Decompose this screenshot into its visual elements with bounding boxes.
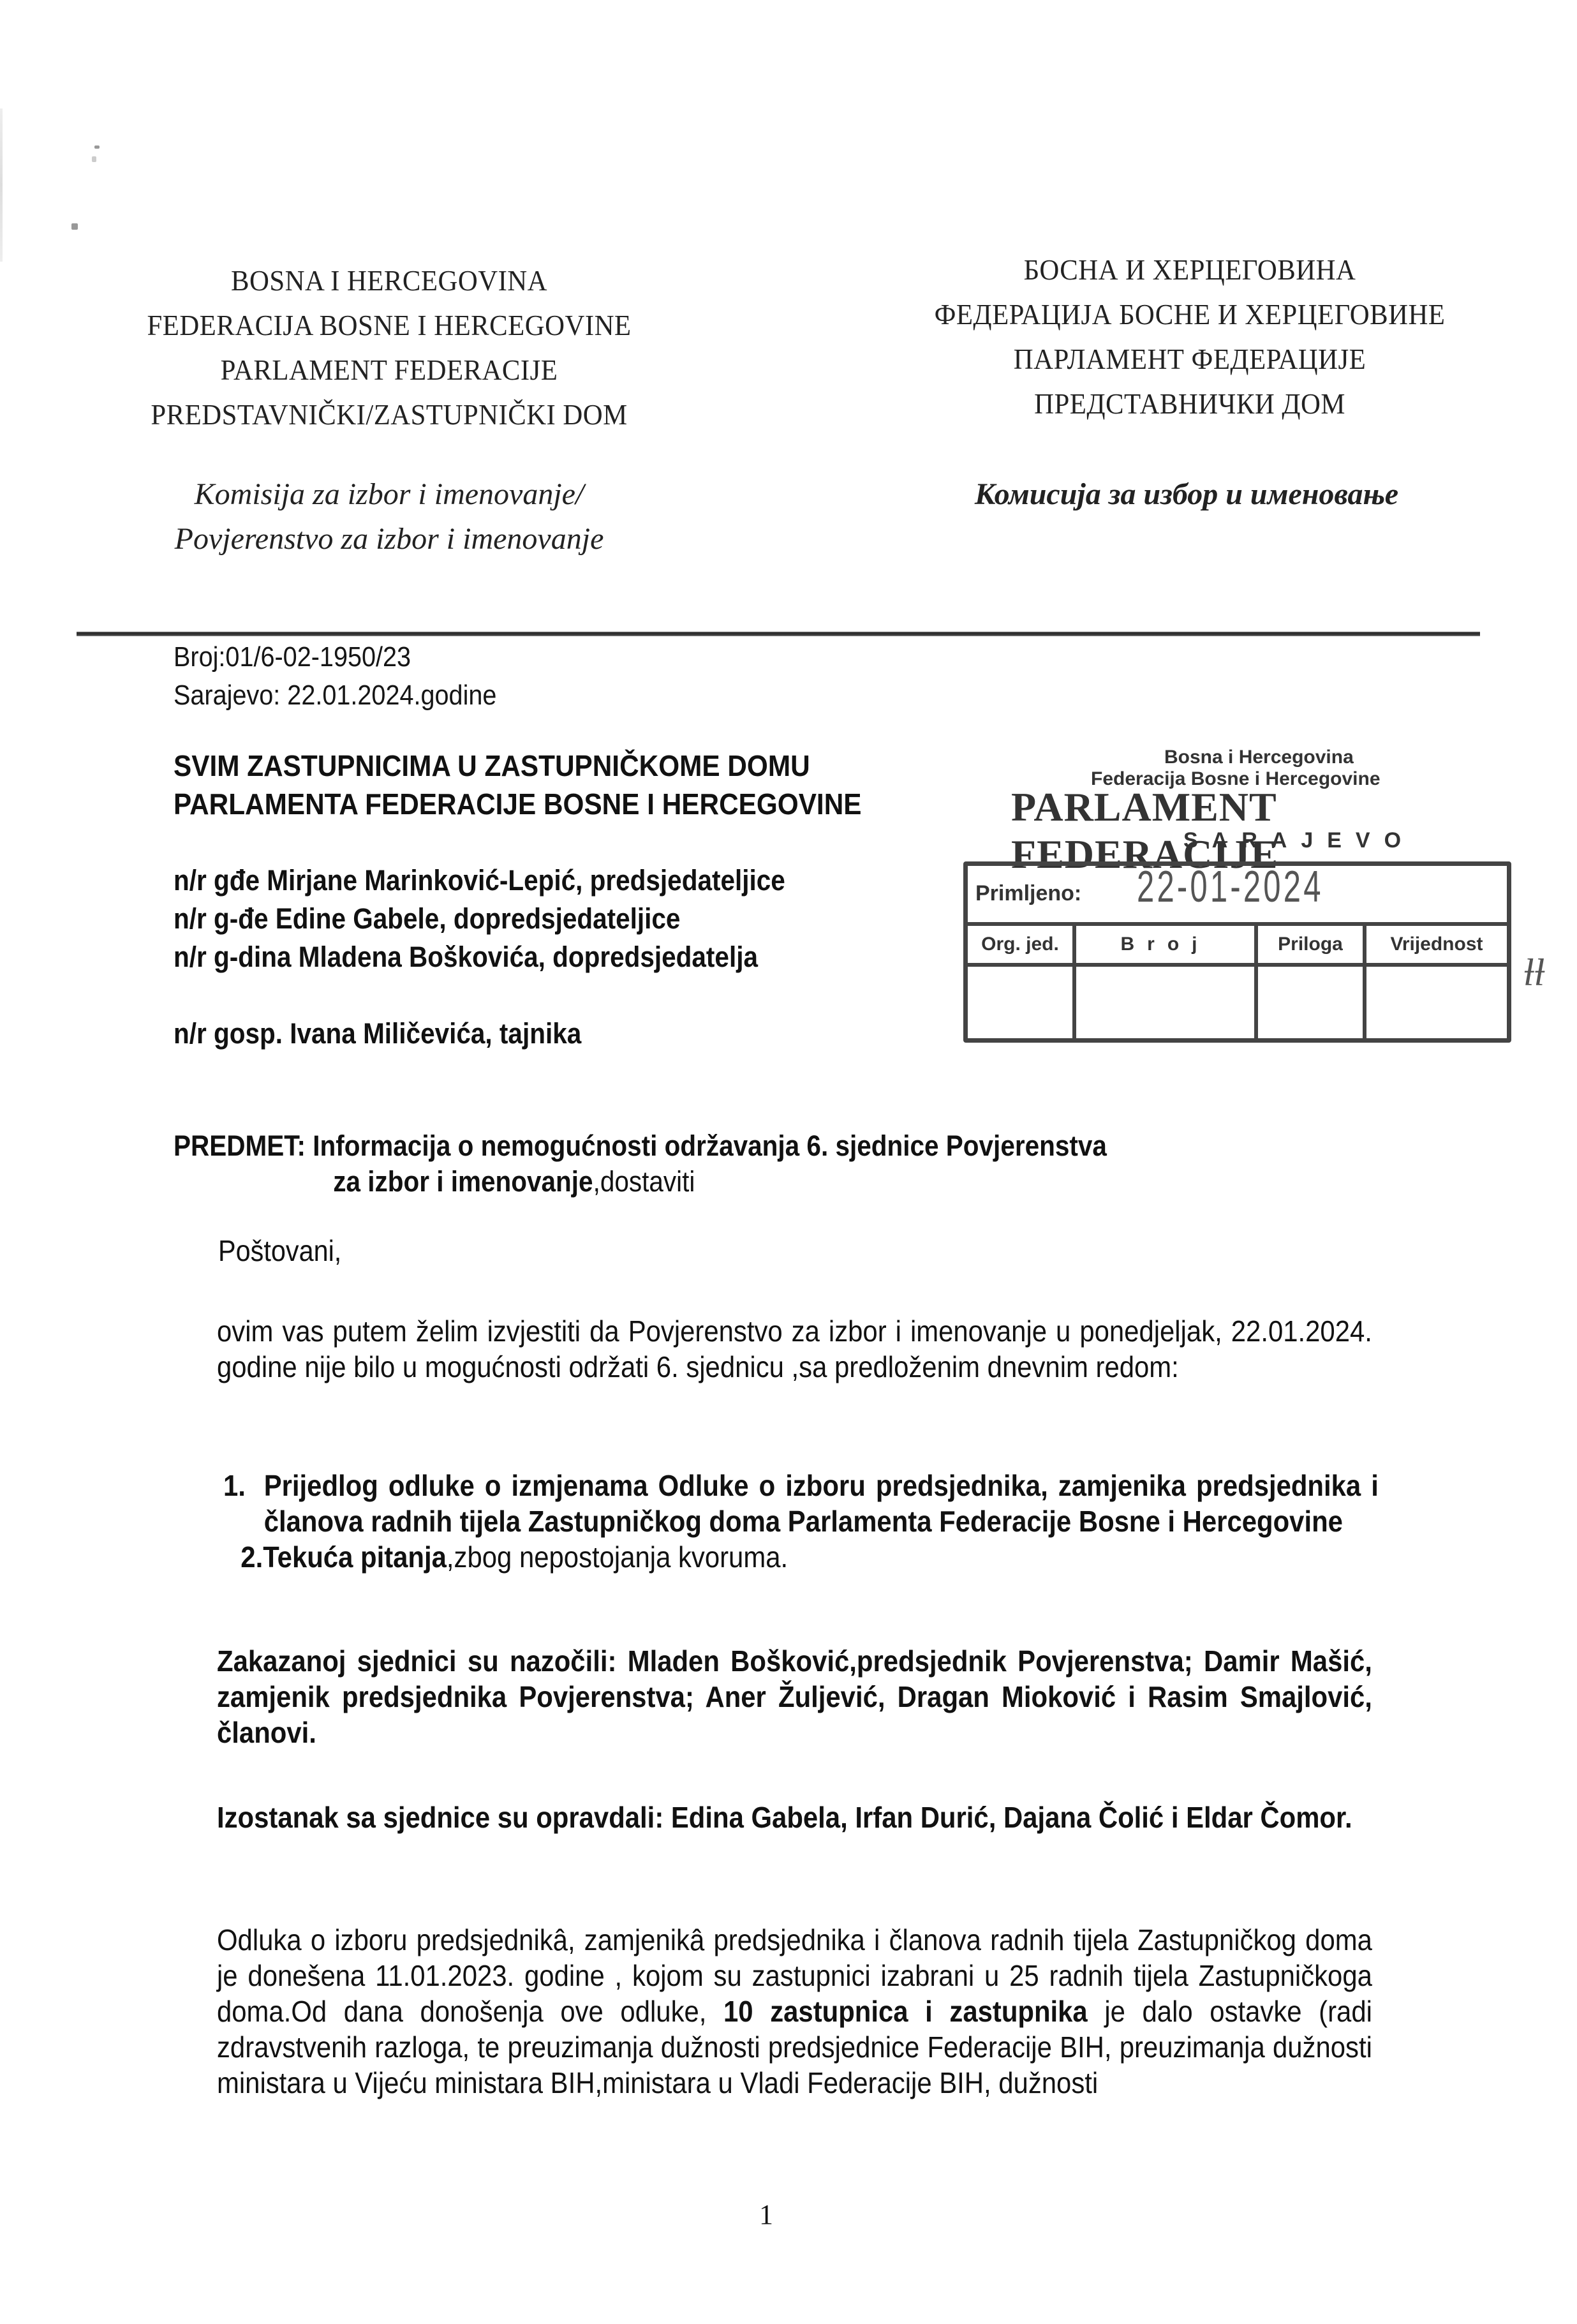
stamp-cell-attachments: Priloga xyxy=(1258,926,1366,1038)
header-cyrillic: БОСНА И ХЕРЦЕГОВИНА ФЕДЕРАЦИЈА БОСНЕ И Х… xyxy=(866,248,1513,426)
header-line: БОСНА И ХЕРЦЕГОВИНА xyxy=(866,248,1513,292)
committee-name-latin: Komisija za izbor i imenovanje/ Povjeren… xyxy=(83,472,695,562)
attention-line: n/r g-đe Edine Gabele, dopredsjedateljic… xyxy=(174,900,785,938)
committee-name-cyrillic: Комисија за избор и именовање xyxy=(880,472,1493,517)
stamp-cell-value: Vrijednost xyxy=(1366,926,1507,1038)
subject-text-suffix: ,dostaviti xyxy=(593,1165,695,1198)
scan-edge-artifact xyxy=(0,108,3,262)
agenda-item-text: Prijedlog odluke o izmjenama Odluke o iz… xyxy=(264,1468,1379,1539)
salutation: Poštovani, xyxy=(218,1232,341,1270)
stamp-city: SARAJEVO xyxy=(1183,828,1415,853)
header-line: FEDERACIJA BOSNE I HERCEGOVINE xyxy=(87,303,692,348)
attention-line: n/r gđe Mirjane Marinković-Lepić, predsj… xyxy=(174,861,785,900)
header-latin: BOSNA I HERCEGOVINA FEDERACIJA BOSNE I H… xyxy=(87,258,692,437)
subject-text: Informacija o nemogućnosti održavanja 6.… xyxy=(313,1129,1107,1162)
stamp-grid: Org. jed. Broj Priloga Vrijednost xyxy=(968,926,1507,1038)
stamp-cell-number: Broj xyxy=(1076,926,1258,1038)
intro-paragraph: ovim vas putem želim izvjestiti da Povje… xyxy=(217,1313,1372,1385)
agenda-item: 2.Tekuća pitanja,zbog nepostojanja kvoru… xyxy=(223,1539,1379,1575)
agenda-item-text: 2.Tekuća pitanja xyxy=(241,1540,447,1574)
scan-speck xyxy=(92,156,96,162)
agenda-list: 1. Prijedlog odluke o izmjenama Odluke o… xyxy=(223,1468,1379,1575)
scan-speck xyxy=(71,223,78,230)
stamp-column-header: Priloga xyxy=(1258,926,1363,967)
addressee: SVIM ZASTUPNICIMA U ZASTUPNIČKOME DOMU P… xyxy=(174,747,861,823)
stamp-cell-org: Org. jed. xyxy=(968,926,1076,1038)
header-line: ПАРЛАМЕНТ ФЕДЕРАЦИЈЕ xyxy=(866,337,1513,382)
received-date: 22-01-2024 xyxy=(1137,861,1324,912)
attention-line: n/r gosp. Ivana Miličevića, tajnika xyxy=(174,1015,785,1053)
received-label: Primljeno: xyxy=(975,881,1081,906)
decision-paragraph: Odluka o izboru predsjednikâ, zamjenikâ … xyxy=(217,1922,1372,2101)
stamp-box: Primljeno: 22-01-2024 Org. jed. Broj Pri… xyxy=(963,861,1511,1043)
page-number: 1 xyxy=(759,2198,773,2231)
header-line: ФЕДЕРАЦИЈА БОСНЕ И ХЕРЦЕГОВИНЕ xyxy=(866,292,1513,337)
received-stamp: Bosna i Hercegovina Federacija Bosne i H… xyxy=(954,747,1515,1047)
subject-label: PREDMET: xyxy=(174,1129,306,1162)
decision-text-bold: 10 zastupnica i zastupnika xyxy=(723,1995,1088,2028)
header-line: BOSNA I HERCEGOVINA xyxy=(87,258,692,303)
header-line: ПРЕДСТАВНИЧКИ ДОМ xyxy=(866,382,1513,426)
absentees-paragraph: Izostanak sa sjednice su opravdali: Edin… xyxy=(217,1799,1372,1835)
attendees-paragraph: Zakazanoj sjednici su nazočili: Mladen B… xyxy=(217,1643,1372,1750)
agenda-item-note: ,zbog nepostojanja kvoruma. xyxy=(447,1540,788,1574)
agenda-item: 1. Prijedlog odluke o izmjenama Odluke o… xyxy=(223,1468,1379,1539)
reference-number: Broj:01/6-02-1950/23 xyxy=(174,638,496,676)
scan-speck xyxy=(94,145,100,149)
document-meta: Broj:01/6-02-1950/23 Sarajevo: 22.01.202… xyxy=(174,638,496,715)
attention-list: n/r gđe Mirjane Marinković-Lepić, predsj… xyxy=(174,861,785,1053)
stamp-column-header: Broj xyxy=(1076,926,1254,967)
committee-line: Povjerenstvo za izbor i imenovanje xyxy=(83,517,695,562)
stamp-received-row: Primljeno: 22-01-2024 xyxy=(968,866,1507,926)
header-divider xyxy=(77,632,1480,636)
stamp-column-header: Org. jed. xyxy=(968,926,1072,967)
subject-text: za izbor i imenovanje xyxy=(333,1165,593,1198)
addressee-line: PARLAMENTA FEDERACIJE BOSNE I HERCEGOVIN… xyxy=(174,785,861,823)
agenda-item-number: 1. xyxy=(223,1468,264,1539)
attention-line: n/r g-dina Mladena Boškovića, dopredsjed… xyxy=(174,938,785,976)
stamp-line: Bosna i Hercegovina xyxy=(1164,747,1354,768)
place-date: Sarajevo: 22.01.2024.godine xyxy=(174,676,496,715)
addressee-line: SVIM ZASTUPNICIMA U ZASTUPNIČKOME DOMU xyxy=(174,747,861,785)
stamp-column-header: Vrijednost xyxy=(1366,926,1507,967)
header-line: PREDSTAVNIČKI/ZASTUPNIČKI DOM xyxy=(87,392,692,437)
handwritten-initial: ƚƚ xyxy=(1523,951,1544,995)
committee-line: Комисија за избор и именовање xyxy=(880,472,1493,517)
committee-line: Komisija za izbor i imenovanje/ xyxy=(83,472,695,517)
header-line: PARLAMENT FEDERACIJE xyxy=(87,348,692,392)
subject: PREDMET: Informacija o nemogućnosti održ… xyxy=(174,1128,1310,1200)
